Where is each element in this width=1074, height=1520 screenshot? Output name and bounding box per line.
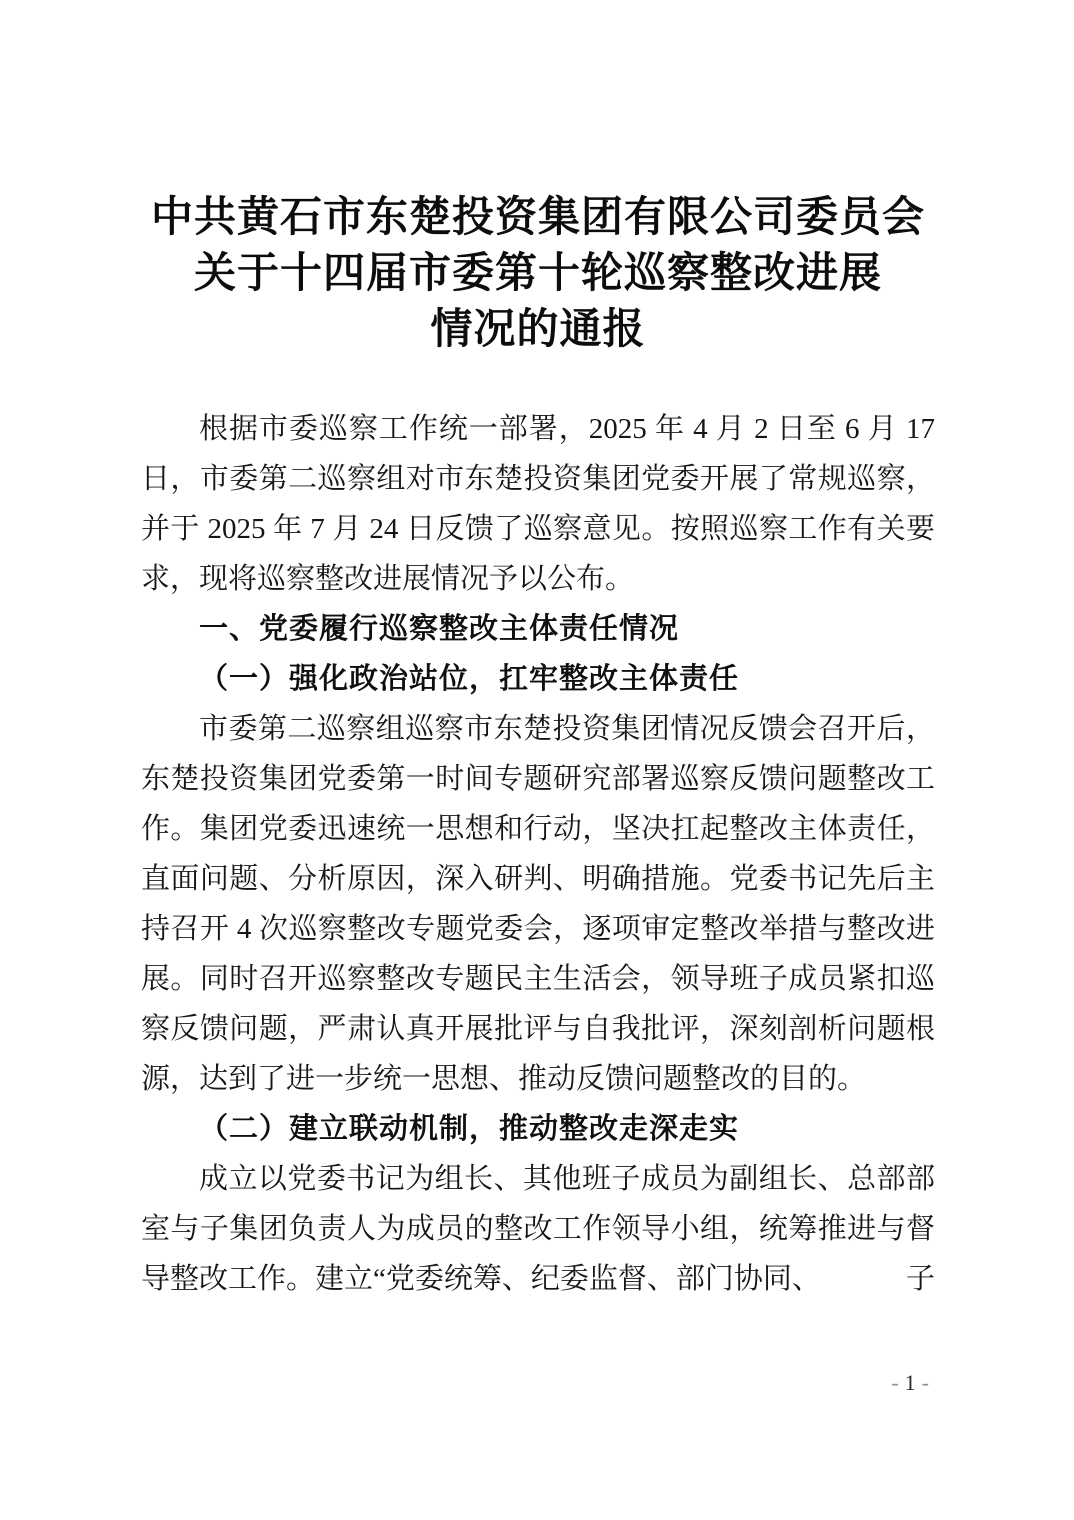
body-line: 源，达到了进一步统一思想、推动反馈问题整改的目的。 bbox=[141, 1054, 935, 1104]
document-title: 中共黄石市东楚投资集团有限公司委员会 关于十四届市委第十轮巡察整改进展 情况的通… bbox=[141, 190, 935, 358]
body-line: 根据市委巡察工作统一部署，2025 年 4 月 2 日至 6 月 17 bbox=[141, 404, 935, 454]
subsection-heading-1: （一）强化政治站位，扛牢整改主体责任 bbox=[141, 654, 935, 704]
body-line-with-gap: 导整改工作。建立“党委统筹、纪委监督、部门协同、 子 bbox=[141, 1254, 935, 1304]
section-heading-1: 一、党委履行巡察整改主体责任情况 bbox=[141, 604, 935, 654]
body-line: 并于 2025 年 7 月 24 日反馈了巡察意见。按照巡察工作有关要 bbox=[141, 504, 935, 554]
page-number-right-dash: - bbox=[916, 1370, 935, 1395]
body-line: 求，现将巡察整改进展情况予以公布。 bbox=[141, 554, 935, 604]
page-number-value: 1 bbox=[905, 1370, 916, 1395]
body-line: 室与子集团负责人为成员的整改工作领导小组，统筹推进与督 bbox=[141, 1204, 935, 1254]
title-line-1: 中共黄石市东楚投资集团有限公司委员会 bbox=[141, 190, 935, 246]
document-body: 根据市委巡察工作统一部署，2025 年 4 月 2 日至 6 月 17 日，市委… bbox=[141, 404, 935, 1304]
body-line: 东楚投资集团党委第一时间专题研究部署巡察反馈问题整改工 bbox=[141, 754, 935, 804]
gap-line-right-text: 子 bbox=[906, 1254, 935, 1304]
page-number-left-dash: - bbox=[885, 1370, 904, 1395]
body-line: 作。集团党委迅速统一思想和行动，坚决扛起整改主体责任， bbox=[141, 804, 935, 854]
body-line: 展。同时召开巡察整改专题民主生活会，领导班子成员紧扣巡 bbox=[141, 954, 935, 1004]
gap-line-left-text: 导整改工作。建立“党委统筹、纪委监督、部门协同、 bbox=[141, 1254, 821, 1304]
title-line-2: 关于十四届市委第十轮巡察整改进展 bbox=[141, 246, 935, 302]
title-line-3: 情况的通报 bbox=[141, 302, 935, 358]
body-line: 持召开 4 次巡察整改专题党委会，逐项审定整改举措与整改进 bbox=[141, 904, 935, 954]
body-line: 市委第二巡察组巡察市东楚投资集团情况反馈会召开后， bbox=[141, 704, 935, 754]
document-page: 中共黄石市东楚投资集团有限公司委员会 关于十四届市委第十轮巡察整改进展 情况的通… bbox=[0, 0, 1074, 1520]
body-line: 直面问题、分析原因，深入研判、明确措施。党委书记先后主 bbox=[141, 854, 935, 904]
body-line: 成立以党委书记为组长、其他班子成员为副组长、总部部 bbox=[141, 1154, 935, 1204]
subsection-heading-2: （二）建立联动机制，推动整改走深走实 bbox=[141, 1104, 935, 1154]
page-number: -1- bbox=[885, 1368, 935, 1398]
body-line: 察反馈问题，严肃认真开展批评与自我批评，深刻剖析问题根 bbox=[141, 1004, 935, 1054]
body-line: 日，市委第二巡察组对市东楚投资集团党委开展了常规巡察， bbox=[141, 454, 935, 504]
